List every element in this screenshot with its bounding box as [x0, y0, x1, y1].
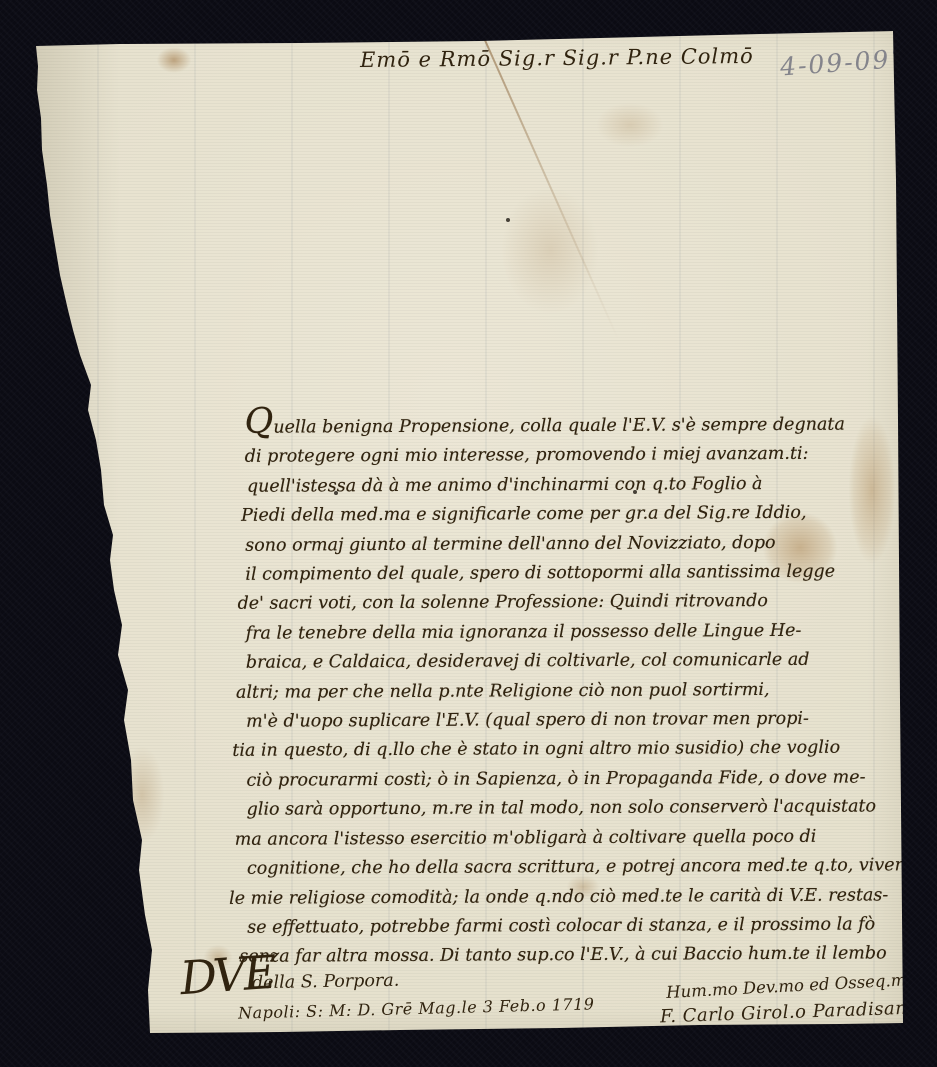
stain: [485, 165, 615, 335]
valediction: Hum.mo Dev.mo ed Osseq.mo Servo: [666, 967, 937, 1002]
manuscript-line: di protegere ogni mio interesse, promove…: [245, 440, 911, 473]
manuscript-line: cognitione, che ho della sacra scrittura…: [247, 851, 913, 884]
stain: [150, 42, 198, 78]
manuscript-line: se effettuato, potrebbe farmi costì colo…: [247, 910, 913, 943]
manuscript-line: braica, e Caldaica, desideravej di colti…: [246, 646, 912, 679]
manuscript-line: m'è d'uopo suplicare l'E.V. (qual spero …: [246, 704, 912, 737]
manuscript-line: quell'istessa dà à me animo d'inchinarmi…: [247, 469, 913, 502]
archive-catalog-number: 4-09-097: [779, 44, 909, 82]
stain: [112, 730, 172, 860]
manuscript-line: sono ormaj giunto al termine dell'anno d…: [245, 528, 911, 561]
manuscript-line: de' sacri voti, con la solenne Professio…: [237, 587, 903, 620]
manuscript-line: glio sarà opportuno, m.re in tal modo, n…: [247, 793, 913, 826]
stain: [585, 95, 675, 155]
letter-salutation-heading: Emō e Rmō Sig.r Sig.r P.ne Colmō: [360, 44, 754, 72]
paper-crease: [483, 38, 619, 340]
manuscript-line: Piedi della med.ma e significarle come p…: [241, 498, 907, 531]
manuscript-line: il compimento del quale, spero di sottop…: [245, 557, 911, 590]
photo-mount-background: Emō e Rmō Sig.r Sig.r P.ne Colmō 4-09-09…: [0, 0, 937, 1067]
manuscript-line: altri; ma per che nella p.nte Religione …: [236, 675, 902, 708]
letter-body: Quella benigna Propensione, colla quale …: [245, 410, 914, 972]
manuscript-line: le mie religiose comodità; la onde q.ndo…: [229, 881, 895, 914]
manuscript-line: Quella benigna Propensione, colla quale …: [245, 410, 911, 443]
closing-porpora-line: della S. Porpora.: [252, 971, 400, 994]
manuscript-line: ma ancora l'istesso esercitio m'obligarà…: [235, 822, 901, 855]
place-date-line: Napoli: S: M: D. Grē Mag.le 3 Feb.o 1719: [238, 994, 595, 1022]
signature: F. Carlo Girol.o Paradisani: [660, 998, 914, 1028]
manuscript-line: ciò procurarmi costì; ò in Sapienza, ò i…: [246, 763, 912, 796]
manuscript-line: tia in questo, di q.llo che è stato in o…: [232, 734, 898, 767]
manuscript-line: fra le tenebre della mia ignoranza il po…: [246, 616, 912, 649]
ink-speck: [506, 218, 510, 222]
letter-page: Emō e Rmō Sig.r Sig.r P.ne Colmō 4-09-09…: [0, 0, 937, 1067]
manuscript-line: senza far altra mossa. Di tanto sup.co l…: [239, 940, 905, 973]
